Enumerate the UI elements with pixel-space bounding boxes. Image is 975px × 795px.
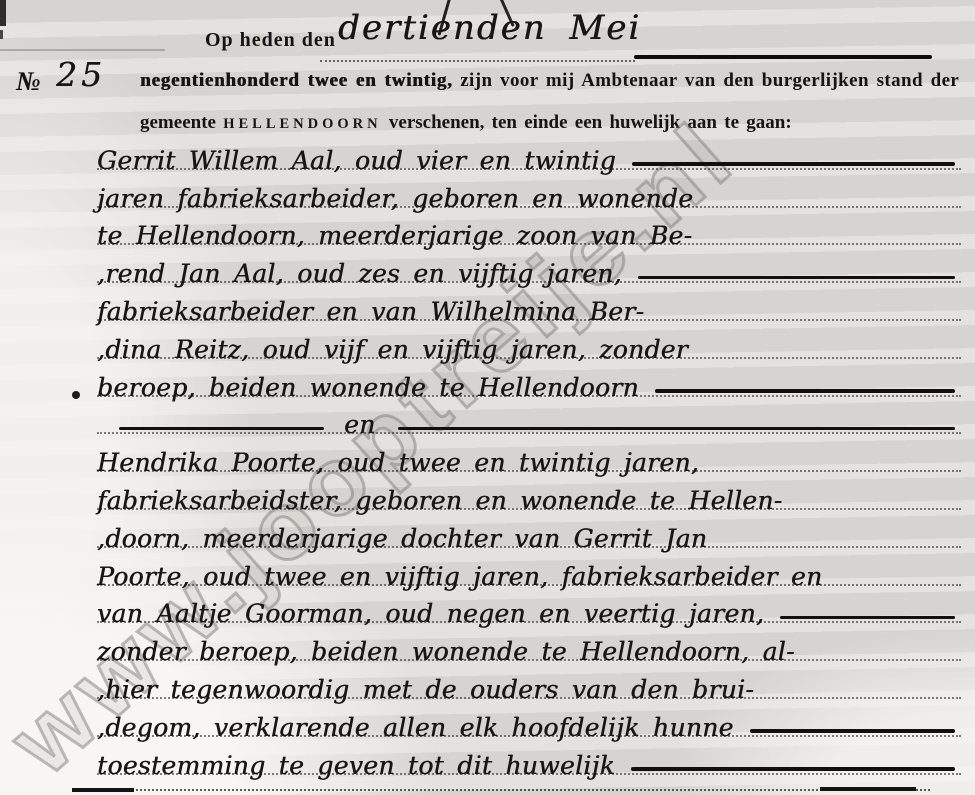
handwritten-text: Poorte, oud twee en vijftig jaren, fabri… <box>97 564 822 589</box>
solid-fill-rule <box>780 616 955 620</box>
handwritten-text: zonder beroep, beiden wonende te Hellend… <box>97 639 795 664</box>
handwritten-text: Hendrika Poorte, oud twee en twintig jar… <box>97 450 699 475</box>
bottom-dotted-rule <box>75 789 930 791</box>
solid-fill-rule <box>398 427 956 431</box>
document-line: van Aaltje Goorman, oud negen en veertig… <box>97 590 961 628</box>
solid-fill-rule <box>638 276 955 280</box>
bottom-solid-rule <box>820 787 916 791</box>
document-line: toestemming te geven tot dit huwelijk <box>97 741 961 779</box>
handwritten-text: fabrieksarbeider en van Wilhelmina Ber- <box>97 299 644 324</box>
printed-line-year: negentienhonderd twee en twintig, zijn v… <box>140 70 950 92</box>
handwritten-text: ,rend Jan Aal, oud zes en vijftig jaren, <box>97 261 622 286</box>
document-line: Poorte, oud twee en vijftig jaren, fabri… <box>97 552 961 590</box>
solid-fill-rule <box>119 427 324 431</box>
document-line: en <box>97 401 961 439</box>
dotted-baseline <box>97 432 961 434</box>
solid-fill-rule <box>632 162 955 166</box>
handwritten-text: van Aaltje Goorman, oud negen en veertig… <box>97 601 764 626</box>
handwritten-text: ,degom, verklarende allen elk hoofdelijk… <box>97 715 734 740</box>
document-line: ,dina Reitz, oud vijf en vijftig jaren, … <box>97 325 961 363</box>
document-line: zonder beroep, beiden wonende te Hellend… <box>97 627 961 665</box>
handwritten-text: jaren fabrieksarbeider, geboren en wonen… <box>97 186 693 211</box>
date-solid-rule <box>634 55 932 59</box>
document-line: ,doorn, meerderjarige dochter van Gerrit… <box>97 514 961 552</box>
handwritten-text: en <box>344 412 376 437</box>
document-line: ,degom, verklarende allen elk hoofdelijk… <box>97 703 961 741</box>
gemeente-label: gemeente <box>140 112 216 133</box>
printed-line3-rest: verschenen, ten einde een huwelijk aan t… <box>389 112 792 133</box>
gemeente-name: HELLENDOORN <box>223 116 381 132</box>
printed-line-gemeente: gemeente HELLENDOORN verschenen, ten ein… <box>140 112 950 134</box>
handwritten-text: ,doorn, meerderjarige dochter van Gerrit… <box>97 526 707 551</box>
scan-edge-artifact <box>0 0 6 26</box>
document-line: fabrieksarbeider en van Wilhelmina Ber- <box>97 287 961 325</box>
handwritten-date: dertienden Mei <box>338 8 641 48</box>
document-line: Gerrit Willem Aal, oud vier en twintig <box>97 136 961 174</box>
handwritten-text: Gerrit Willem Aal, oud vier en twintig <box>97 148 616 173</box>
document-line: ,rend Jan Aal, oud zes en vijftig jaren, <box>97 249 961 287</box>
solid-fill-rule <box>750 729 955 733</box>
printed-year-bold: negentienhonderd twee en twintig, <box>140 70 453 91</box>
marriage-certificate-scan: www.jooptreije.nl № 25 Op heden den dert… <box>0 0 975 795</box>
document-line: Hendrika Poorte, oud twee en twintig jar… <box>97 438 961 476</box>
solid-fill-rule <box>631 767 955 771</box>
solid-fill-rule <box>655 389 955 393</box>
handwritten-text: ,hier tegenwoordig met de ouders van den… <box>97 677 754 702</box>
act-number-symbol: № <box>16 66 41 97</box>
printed-line2-rest: zijn voor mij Ambtenaar van den burgerli… <box>460 70 959 91</box>
handwritten-text: beroep, beiden wonende te Hellendoorn <box>97 375 639 400</box>
body-lines: Gerrit Willem Aal, oud vier en twintig j… <box>97 136 961 779</box>
scan-edge-artifact <box>0 30 3 39</box>
document-line: fabrieksarbeidster, geboren en wonende t… <box>97 476 961 514</box>
document-line: ,hier tegenwoordig met de ouders van den… <box>97 665 961 703</box>
handwritten-text: toestemming te geven tot dit huwelijk <box>97 753 615 778</box>
document-line: beroep, beiden wonende te Hellendoorn <box>97 363 961 401</box>
document-line: te Hellendoorn, meerderjarige zoon van B… <box>97 212 961 250</box>
printed-intro: Op heden den <box>205 29 336 52</box>
bottom-solid-rule <box>72 788 134 792</box>
handwritten-text: te Hellendoorn, meerderjarige zoon van B… <box>97 223 692 248</box>
handwritten-text: ,dina Reitz, oud vijf en vijftig jaren, … <box>97 337 688 362</box>
handwritten-text: fabrieksarbeidster, geboren en wonende t… <box>97 488 782 513</box>
document-line: jaren fabrieksarbeider, geboren en wonen… <box>97 174 961 212</box>
act-number-value: 25 <box>56 55 106 94</box>
ink-dot <box>72 391 80 399</box>
scan-fold-line <box>0 49 165 51</box>
